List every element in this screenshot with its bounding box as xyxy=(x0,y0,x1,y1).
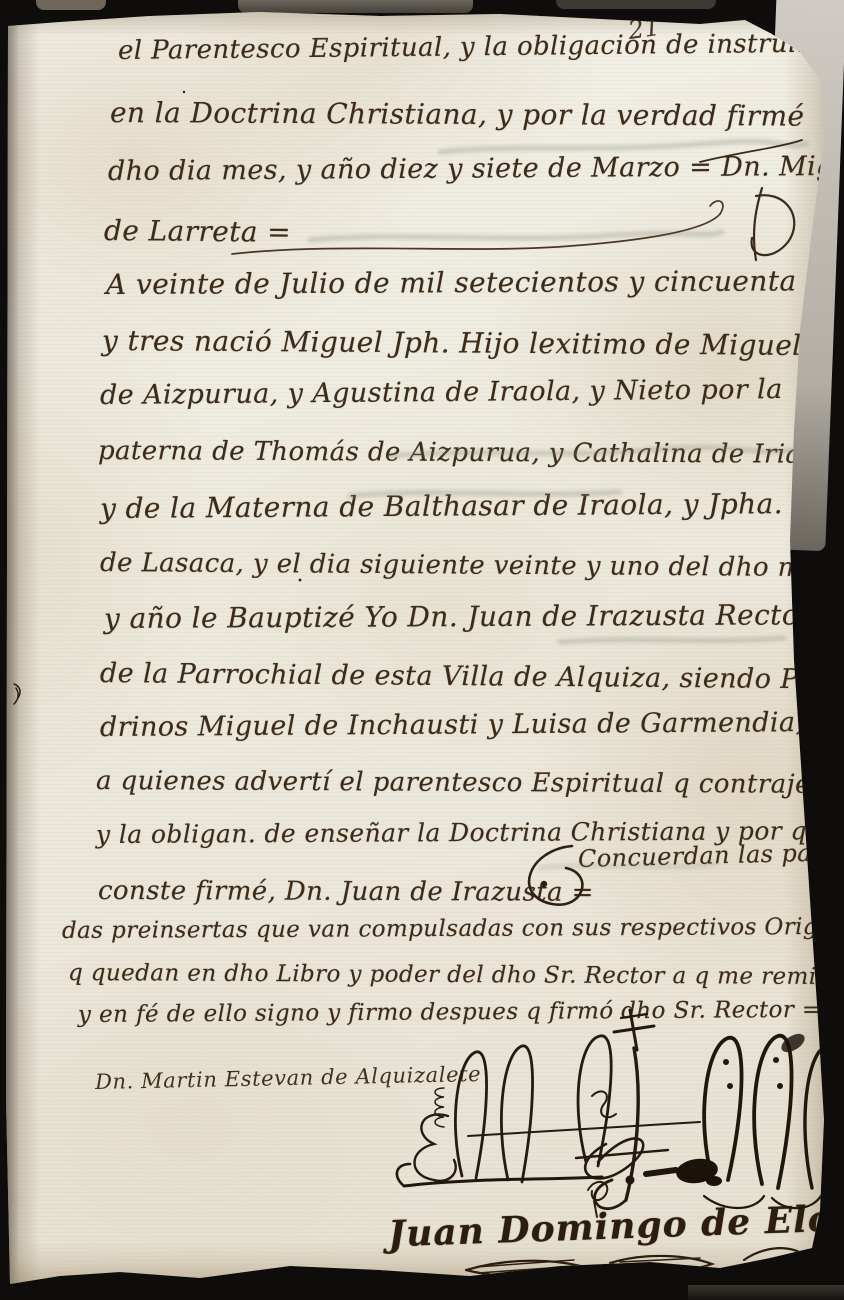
manuscript-line: y en fé de ello signo y firmo despues q … xyxy=(78,997,822,1028)
manuscript-paper: 21 el Parentesco Espiritual, y la obliga… xyxy=(0,0,844,1300)
manuscript-line: de Aizpurua, y Agustina de Iraola, y Nie… xyxy=(100,374,783,411)
manuscript-line: a quienes advertí el parentesco Espiritu… xyxy=(96,766,844,800)
binding-shadow xyxy=(6,0,40,1300)
manuscript-line: de Larreta = xyxy=(104,214,291,249)
manuscript-line: y año le Bauptizé Yo Dn. Juan de Irazust… xyxy=(104,598,813,635)
manuscript-line: y tres nació Miguel Jph. Hijo lexitimo d… xyxy=(102,324,802,362)
manuscript-line: el Parentesco Espiritual, y la obligacio… xyxy=(118,29,834,66)
scanned-manuscript-page: 21 el Parentesco Espiritual, y la obliga… xyxy=(0,0,844,1300)
manuscript-line: A veinte de Julio de mil setecientos y c… xyxy=(106,264,797,301)
adjacent-page-edge xyxy=(688,1285,844,1300)
manuscript-line: paterna de Thomás de Aizpurua, y Cathali… xyxy=(98,436,841,470)
manuscript-line: dho dia mes, y año diez y siete de Marzo… xyxy=(108,151,844,187)
manuscript-line: en la Doctrina Christiana, y por la verd… xyxy=(110,96,805,133)
manuscript-line: q quedan en dho Libro y poder del dho Sr… xyxy=(68,960,841,990)
notary-name: Dn. Martin Estevan de Alquizalete xyxy=(95,1062,482,1094)
manuscript-line: conste firmé, Dn. Juan de Irazusta = xyxy=(98,876,594,908)
manuscript-line: de Lasaca, y el dia siguiente veinte y u… xyxy=(100,548,832,583)
adjacent-page-edge xyxy=(36,0,106,10)
ink-dot xyxy=(626,1176,635,1185)
notarial-sign-flourish xyxy=(415,1010,701,1209)
manuscript-line: de la Parrochial de esta Villa de Alquiz… xyxy=(100,658,824,695)
manuscript-line: y de la Materna de Balthasar de Iraola, … xyxy=(100,487,783,525)
line-flourish xyxy=(232,201,723,254)
manuscript-line: drinos Miguel de Inchausti y Luisa de Ga… xyxy=(100,707,805,743)
adjacent-page-edge xyxy=(238,0,473,13)
signature-flourishes xyxy=(0,0,844,1300)
manuscript-line: das preinsertas que van compulsadas con … xyxy=(62,914,838,944)
adjacent-page-edge xyxy=(556,0,716,9)
